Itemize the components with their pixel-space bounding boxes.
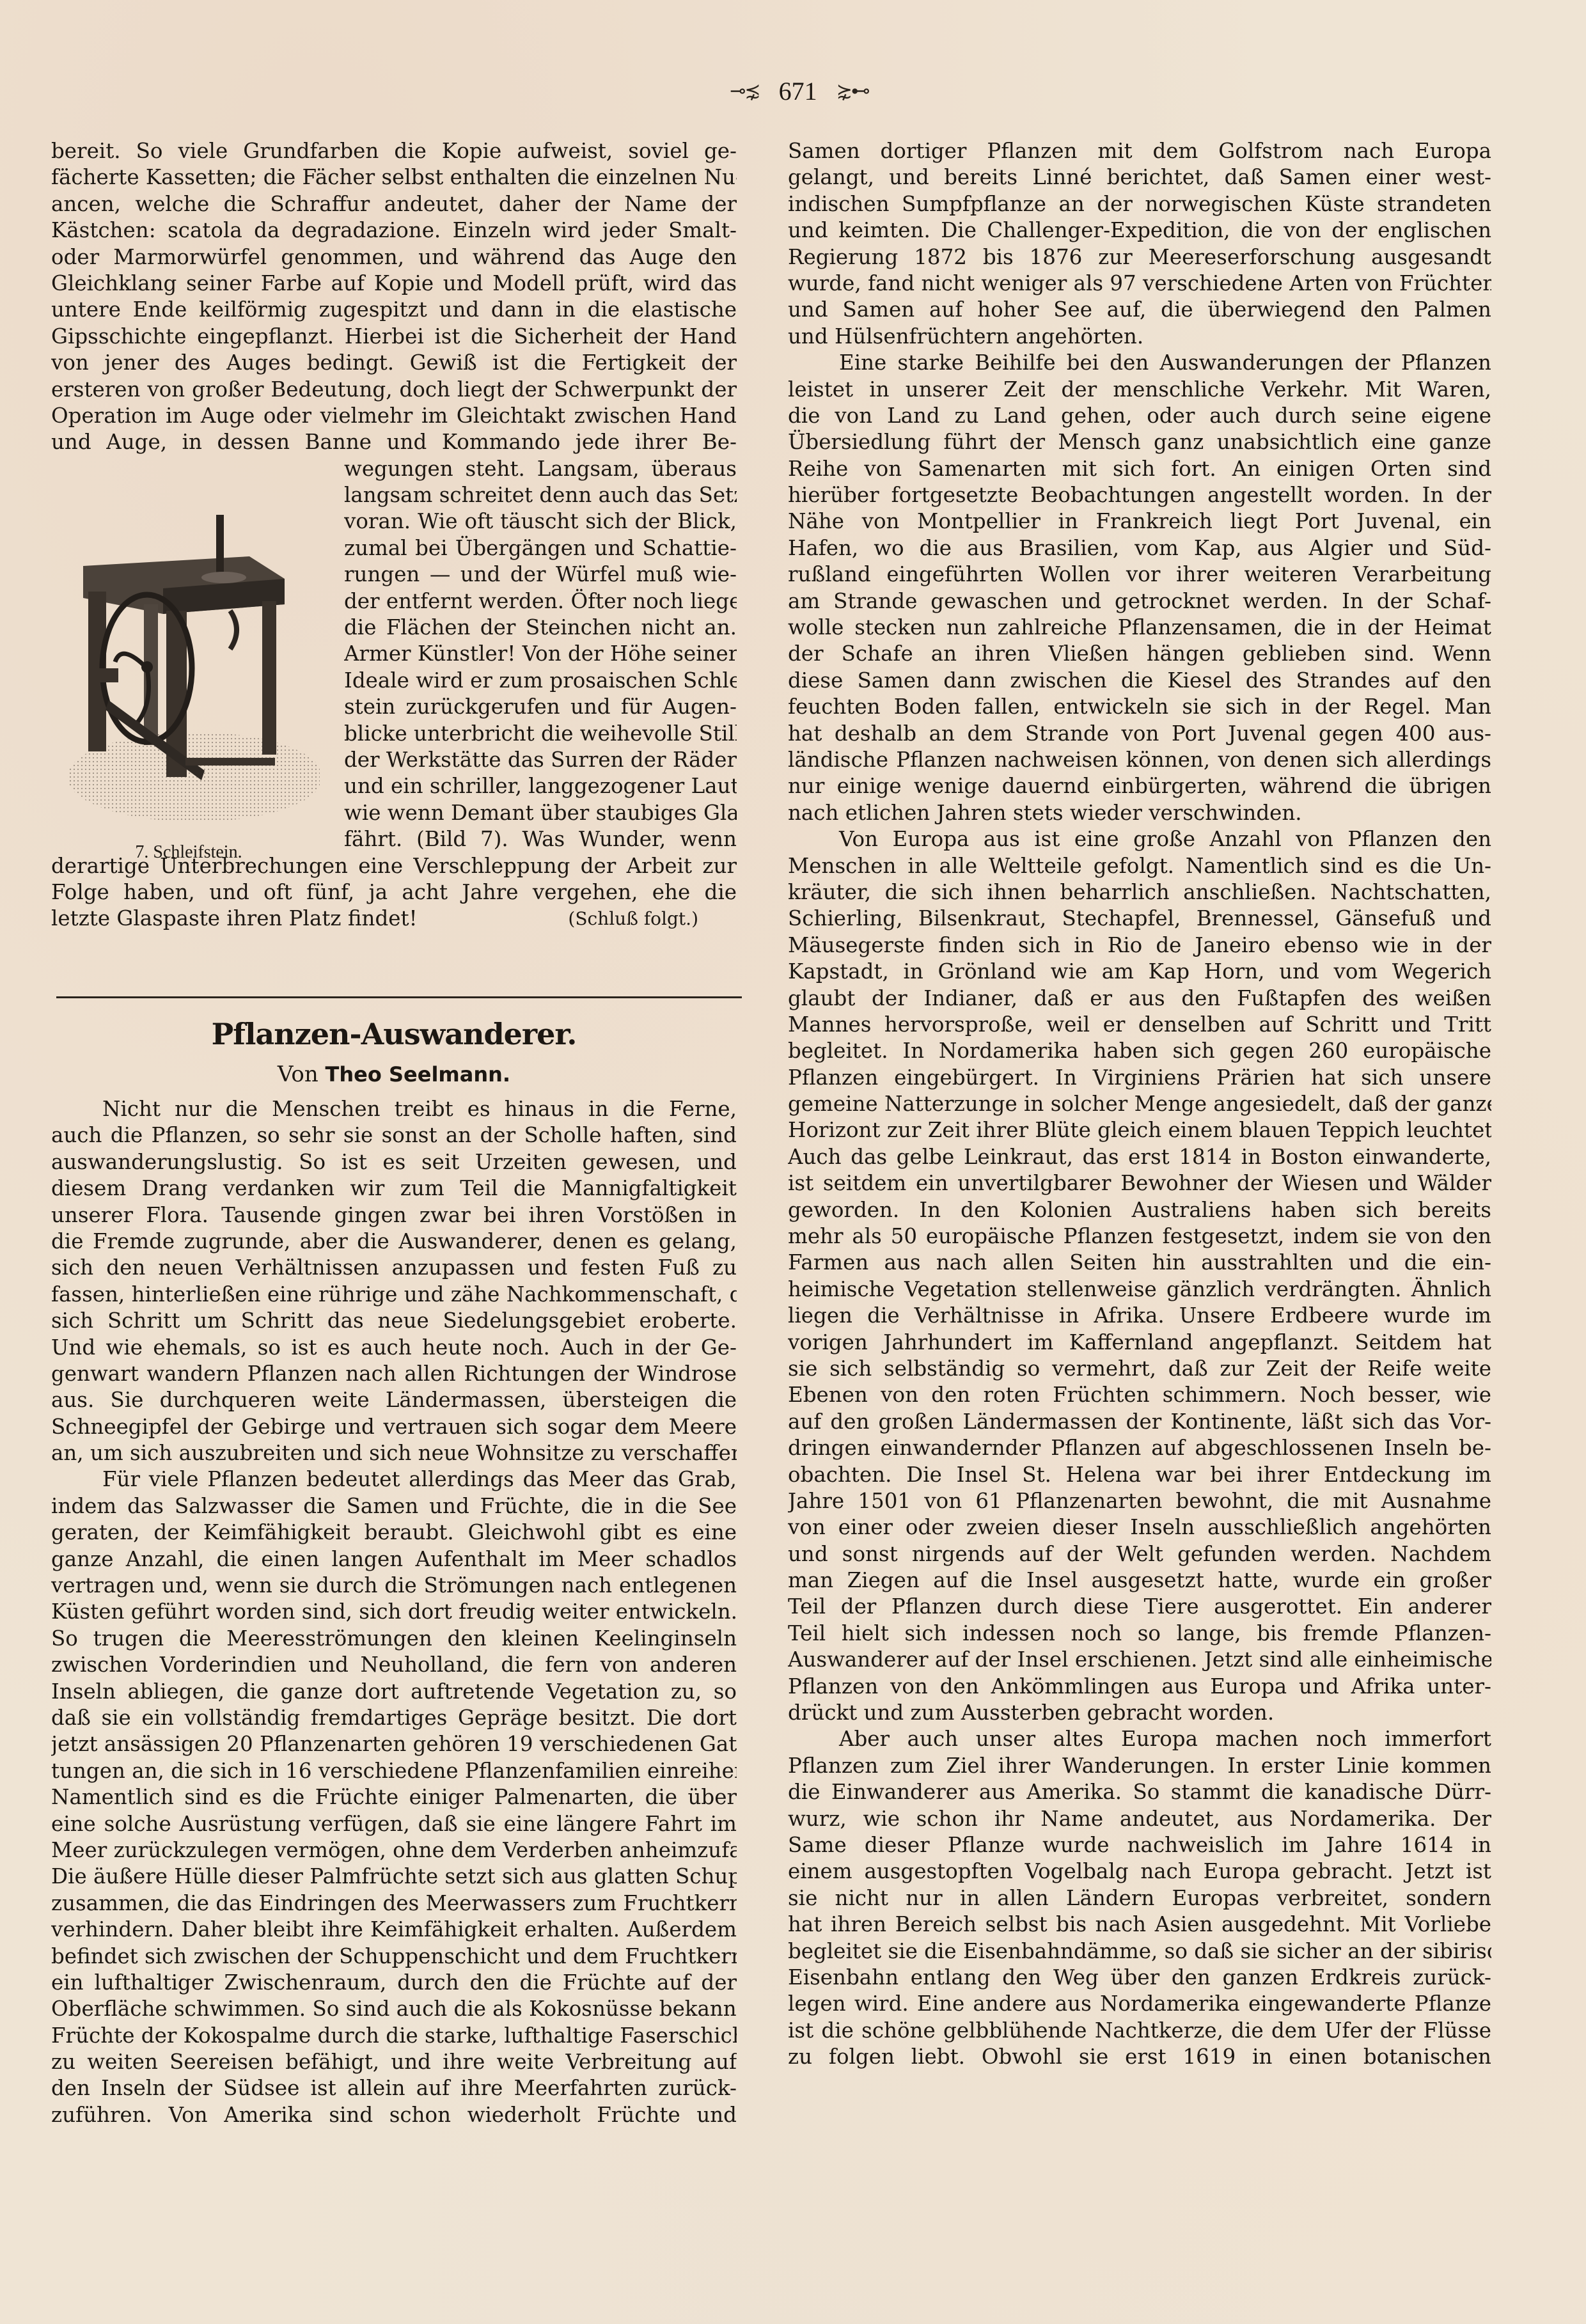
text-line: Auswanderer auf der Insel erschienen. Je… (788, 1647, 1491, 1673)
text-line: wolle stecken nun zahlreiche Pflanzensam… (788, 615, 1491, 641)
text-line: obachten. Die Insel St. Helena war bei i… (788, 1462, 1491, 1488)
text-line: Die äußere Hülle dieser Palmfrüchte setz… (51, 1864, 737, 1890)
text-line: oder Marmorwürfel genommen, und während … (51, 244, 737, 271)
text-line: Teil hielt sich indessen noch so lange, … (788, 1621, 1491, 1647)
text-line: aus. Sie durchqueren weite Ländermassen,… (51, 1387, 737, 1413)
text-line: zu folgen liebt. Obwohl sie erst 1619 in… (788, 2044, 1491, 2070)
text-line: fächerte Kassetten; die Fächer selbst en… (51, 164, 737, 191)
text-line: man Ziegen auf die Insel ausgesetzt hatt… (788, 1567, 1491, 1594)
text-line: fährt. (Bild 7). Was Wunder, wenn (344, 826, 737, 852)
text-line: diese Samen dann zwischen die Kiesel des… (788, 668, 1491, 694)
article-title: Pflanzen-Auswanderer. (51, 1017, 737, 1051)
text-line: indem das Salzwasser die Samen und Früch… (51, 1493, 737, 1519)
text-line: drückt und zum Aussterben gebracht worde… (788, 1700, 1491, 1726)
text-line: auch die Pflanzen, so sehr sie sonst an … (51, 1122, 737, 1149)
text-line: fassen, hinterließen eine rührige und zä… (51, 1282, 737, 1308)
text-line: Und wie ehemals, so ist es auch heute no… (51, 1335, 737, 1361)
text-line: geraten, der Keimfähigkeit beraubt. Glei… (51, 1519, 737, 1546)
text-line: auf den großen Ländermassen der Kontinen… (788, 1409, 1491, 1435)
ornament-left-icon: ⊸⋨ (730, 80, 759, 102)
text-line: sich den neuen Verhältnissen anzupassen … (51, 1255, 737, 1281)
text-line: blicke unterbricht die weihevolle Stille (344, 721, 737, 747)
figure-caption: 7. Schleifstein. (51, 842, 326, 863)
text-line: Reihe von Samenarten mit sich fort. An e… (788, 456, 1491, 482)
text-line: Mannes hervorsproße, weil er denselben a… (788, 1012, 1491, 1038)
text-line: Meer zurückzulegen vermögen, ohne dem Ve… (51, 1837, 737, 1864)
text-line: Nicht nur die Menschen treibt es hinaus … (51, 1096, 737, 1122)
text-line: von jener des Auges bedingt. Gewiß ist d… (51, 350, 737, 376)
text-line: Kapstadt, in Grönland wie am Kap Horn, u… (788, 959, 1491, 985)
final-line: letzte Glaspaste ihren Platz findet! (51, 906, 418, 932)
text-line: Teil der Pflanzen durch diese Tiere ausg… (788, 1594, 1491, 1620)
text-line: Farmen aus nach allen Seiten hin ausstra… (788, 1250, 1491, 1276)
text-line: an, um sich auszubreiten und sich neue W… (51, 1440, 737, 1466)
text-line: ein lufthaltiger Zwischenraum, durch den… (51, 1970, 737, 1996)
text-line: Pflanzen von den Ankömmlingen aus Europa… (788, 1674, 1491, 1700)
text-line: und sonst nirgends auf der Welt gefunden… (788, 1541, 1491, 1567)
text-line: Pflanzen zum Ziel ihrer Wanderungen. In … (788, 1753, 1491, 1779)
text-line: rußland eingeführten Wollen vor ihrer we… (788, 561, 1491, 588)
text-line: stein zurückgerufen und für Augen- (344, 694, 737, 720)
text-line: den Inseln der Südsee ist allein auf ihr… (51, 2075, 737, 2101)
text-line: Jahre 1501 von 61 Pflanzenarten bewohnt,… (788, 1488, 1491, 1514)
text-line: kräuter, die sich ihnen beharrlich ansch… (788, 879, 1491, 906)
text-line: Schneegipfel der Gebirge und vertrauen s… (51, 1414, 737, 1440)
text-line: eine solche Ausrüstung verfügen, daß sie… (51, 1811, 737, 1837)
text-line: jetzt ansässigen 20 Pflanzenarten gehöre… (51, 1731, 737, 1757)
text-line: Früchte der Kokospalme durch die starke,… (51, 2023, 737, 2049)
text-line: Eine starke Beihilfe bei den Auswanderun… (788, 350, 1491, 376)
author-name: Theo Seelmann. (326, 1062, 511, 1087)
text-line: Kästchen: scatola da degradazione. Einze… (51, 217, 737, 244)
ornament-right-icon: ⋩⊷ (836, 80, 869, 102)
byline: Von Theo Seelmann. (51, 1062, 737, 1087)
text-line: Gleichklang seiner Farbe auf Kopie und M… (51, 271, 737, 297)
text-line: Übersiedlung führt der Mensch ganz unabs… (788, 429, 1491, 455)
text-line: Menschen in alle Weltteile gefolgt. Name… (788, 853, 1491, 879)
text-line: und Samen auf hoher See auf, die überwie… (788, 297, 1491, 323)
text-line: Küsten geführt worden sind, sich dort fr… (51, 1599, 737, 1625)
page-header: ⊸⋨ 671 ⋩⊷ (671, 72, 927, 110)
text-line: voran. Wie oft täuscht sich der Blick, (344, 508, 737, 535)
continued-note: (Schluß folgt.) (568, 906, 737, 932)
text-line: Für viele Pflanzen bedeutet allerdings d… (51, 1466, 737, 1493)
text-line: zumal bei Übergängen und Schattie- (344, 535, 737, 561)
text-line: untere Ende keilförmig zugespitzt und da… (51, 297, 737, 323)
page-number: 671 (779, 76, 817, 106)
text-line: Eisenbahn entlang den Weg über den ganze… (788, 1965, 1491, 1991)
text-line: wurz, wie schon ihr Name andeutet, aus N… (788, 1806, 1491, 1832)
text-line: wie wenn Demant über staubiges Glas (344, 800, 737, 826)
text-line: ersteren von großer Bedeutung, doch lieg… (51, 377, 737, 403)
text-line: vertragen und, wenn sie durch die Strömu… (51, 1573, 737, 1599)
text-line: begleitet. In Nordamerika haben sich geg… (788, 1038, 1491, 1064)
text-line: tungen an, die sich in 16 verschiedene P… (51, 1758, 737, 1784)
text-line: sie sich selbständig so vermehrt, daß zu… (788, 1356, 1491, 1382)
text-line: am Strande gewaschen und getrocknet werd… (788, 588, 1491, 615)
text-line: nur einige wenige dauernd einbürgerten, … (788, 773, 1491, 799)
text-line: leistet in unserer Zeit der menschliche … (788, 377, 1491, 403)
sign-off-line: letzte Glaspaste ihren Platz findet!(Sch… (51, 906, 737, 932)
text-line: Samen dortiger Pflanzen mit dem Golfstro… (788, 138, 1491, 164)
text-line: Auch das gelbe Leinkraut, das erst 1814 … (788, 1144, 1491, 1170)
text-line: zwischen Vorderindien und Neuholland, di… (51, 1652, 737, 1678)
text-line: Armer Künstler! Von der Höhe seiner (344, 641, 737, 667)
text-line: Ebenen von den roten Früchten schimmern.… (788, 1382, 1491, 1408)
text-line: mehr als 50 europäische Pflanzen festges… (788, 1223, 1491, 1250)
text-line: Gipsschichte eingepflanzt. Hierbei ist d… (51, 324, 737, 350)
text-line: der Werkstätte das Surren der Räder (344, 747, 737, 773)
text-line: Same dieser Pflanze wurde nachweislich i… (788, 1832, 1491, 1858)
article-body-right: Samen dortiger Pflanzen mit dem Golfstro… (788, 138, 1491, 2071)
text-line: von einer oder zweien dieser Inseln auss… (788, 1514, 1491, 1541)
text-line: rungen — und der Würfel muß wie- (344, 561, 737, 588)
figure-grindstone: 7. Schleifstein. (51, 496, 326, 886)
text-line: Inseln abliegen, die ganze dort auftrete… (51, 1679, 737, 1705)
text-line: ganze Anzahl, die einen langen Aufenthal… (51, 1546, 737, 1573)
text-line: und Hülsenfrüchtern angehörten. (788, 324, 1491, 350)
text-line: Oberfläche schwimmen. So sind auch die a… (51, 1996, 737, 2022)
text-line: die von Land zu Land gehen, oder auch du… (788, 403, 1491, 429)
text-line: ancen, welche die Schraffur andeutet, da… (51, 191, 737, 217)
text-line: dringen einwandernder Pflanzen auf abges… (788, 1435, 1491, 1461)
text-line: Regierung 1872 bis 1876 zur Meereserfors… (788, 244, 1491, 271)
text-line: gemeine Natterzunge in solcher Menge ang… (788, 1091, 1491, 1117)
text-line: wurde, fand nicht weniger als 97 verschi… (788, 271, 1491, 297)
text-line: und keimten. Die Challenger-Expedition, … (788, 217, 1491, 244)
grindstone-illustration-icon (58, 496, 320, 835)
text-line: und Auge, in dessen Banne und Kommando j… (51, 429, 737, 455)
text-line: begleitet sie die Eisenbahndämme, so daß… (788, 1938, 1491, 1965)
text-line: ist die schöne gelbblühende Nachtkerze, … (788, 2018, 1491, 2044)
text-line: gelangt, und bereits Linné berichtet, da… (788, 164, 1491, 191)
text-line: Horizont zur Zeit ihrer Blüte gleich ein… (788, 1117, 1491, 1143)
byline-prefix: Von (278, 1062, 318, 1087)
text-line: der entfernt werden. Öfter noch liegen (344, 588, 737, 615)
text-line: Aber auch unser altes Europa machen noch… (788, 1726, 1491, 1752)
text-line: auswanderungslustig. So ist es seit Urze… (51, 1149, 737, 1175)
article-divider (56, 996, 742, 998)
text-line: unserer Flora. Tausende gingen zwar bei … (51, 1202, 737, 1229)
text-line: Operation im Auge oder vielmehr im Gleic… (51, 403, 737, 429)
text-line: zusammen, die das Eindringen des Meerwas… (51, 1890, 737, 1917)
text-line: Hafen, wo die aus Brasilien, vom Kap, au… (788, 535, 1491, 561)
text-line: legen wird. Eine andere aus Nordamerika … (788, 1991, 1491, 2017)
text-line: diesem Drang verdanken wir zum Teil die … (51, 1175, 737, 1202)
text-line: Pflanzen eingebürgert. In Virginiens Prä… (788, 1065, 1491, 1091)
text-line: Ideale wird er zum prosaischen Schleif- (344, 668, 737, 694)
text-line: glaubt der Indianer, daß er aus den Fußt… (788, 985, 1491, 1012)
text-line: feuchten Boden fallen, entwickeln sie si… (788, 694, 1491, 720)
text-line: heimische Vegetation stellenweise gänzli… (788, 1276, 1491, 1303)
text-line: die Fremde zugrunde, aber die Auswandere… (51, 1229, 737, 1255)
text-line: langsam schreitet denn auch das Setzen (344, 482, 737, 508)
text-line: sie nicht nur in allen Ländern Europas v… (788, 1885, 1491, 1912)
text-line: bereit. So viele Grundfarben die Kopie a… (51, 138, 737, 164)
text-line: Mäusegerste finden sich in Rio de Janeir… (788, 932, 1491, 959)
text-line: hierüber fortgesetzte Beobachtungen ange… (788, 482, 1491, 508)
text-line: die Einwanderer aus Amerika. So stammt d… (788, 1779, 1491, 1805)
text-line: befindet sich zwischen der Schuppenschic… (51, 1943, 737, 1970)
text-line: vorigen Jahrhundert im Kaffernland angep… (788, 1330, 1491, 1356)
text-line: Namentlich sind es die Früchte einiger P… (51, 1784, 737, 1810)
text-line: So trugen die Meeresströmungen den klein… (51, 1626, 737, 1652)
text-line: daß sie ein vollständig fremdartiges Gep… (51, 1705, 737, 1731)
text-line: geworden. In den Kolonien Australiens ha… (788, 1197, 1491, 1223)
text-line: ist seitdem ein unvertilgbarer Bewohner … (788, 1170, 1491, 1197)
text-line: Schierling, Bilsenkraut, Stechapfel, Bre… (788, 906, 1491, 932)
text-line: zuführen. Von Amerika sind schon wiederh… (51, 2102, 737, 2128)
text-line: nach etlichen Jahren stets wieder versch… (788, 800, 1491, 826)
text-line: hat deshalb an dem Strande von Port Juve… (788, 721, 1491, 747)
text-line: wegungen steht. Langsam, überaus (344, 456, 737, 482)
article-body-left: Nicht nur die Menschen treibt es hinaus … (51, 1096, 737, 2128)
text-line: und ein schriller, langgezogener Laut, (344, 773, 737, 799)
text-line: die Flächen der Steinchen nicht an. (344, 615, 737, 641)
text-line: liegen die Verhältnisse in Afrika. Unser… (788, 1303, 1491, 1329)
text-line: einem ausgestopften Vogelbalg nach Europ… (788, 1858, 1491, 1885)
text-line: genwart wandern Pflanzen nach allen Rich… (51, 1361, 737, 1387)
text-line: ländische Pflanzen nachweisen können, vo… (788, 747, 1491, 773)
text-line: zu weiten Seereisen befähigt, und ihre w… (51, 2049, 737, 2075)
text-line: sich Schritt um Schritt das neue Siedelu… (51, 1308, 737, 1334)
text-line: Nähe von Montpellier in Frankreich liegt… (788, 508, 1491, 535)
text-line: verhindern. Daher bleibt ihre Keimfähigk… (51, 1917, 737, 1943)
text-line: der Schafe an ihren Vließen hängen gebli… (788, 641, 1491, 667)
text-line: Von Europa aus ist eine große Anzahl von… (788, 826, 1491, 852)
text-line: hat ihren Bereich selbst bis nach Asien … (788, 1912, 1491, 1938)
text-line: indischen Sumpfpflanze an der norwegisch… (788, 191, 1491, 217)
